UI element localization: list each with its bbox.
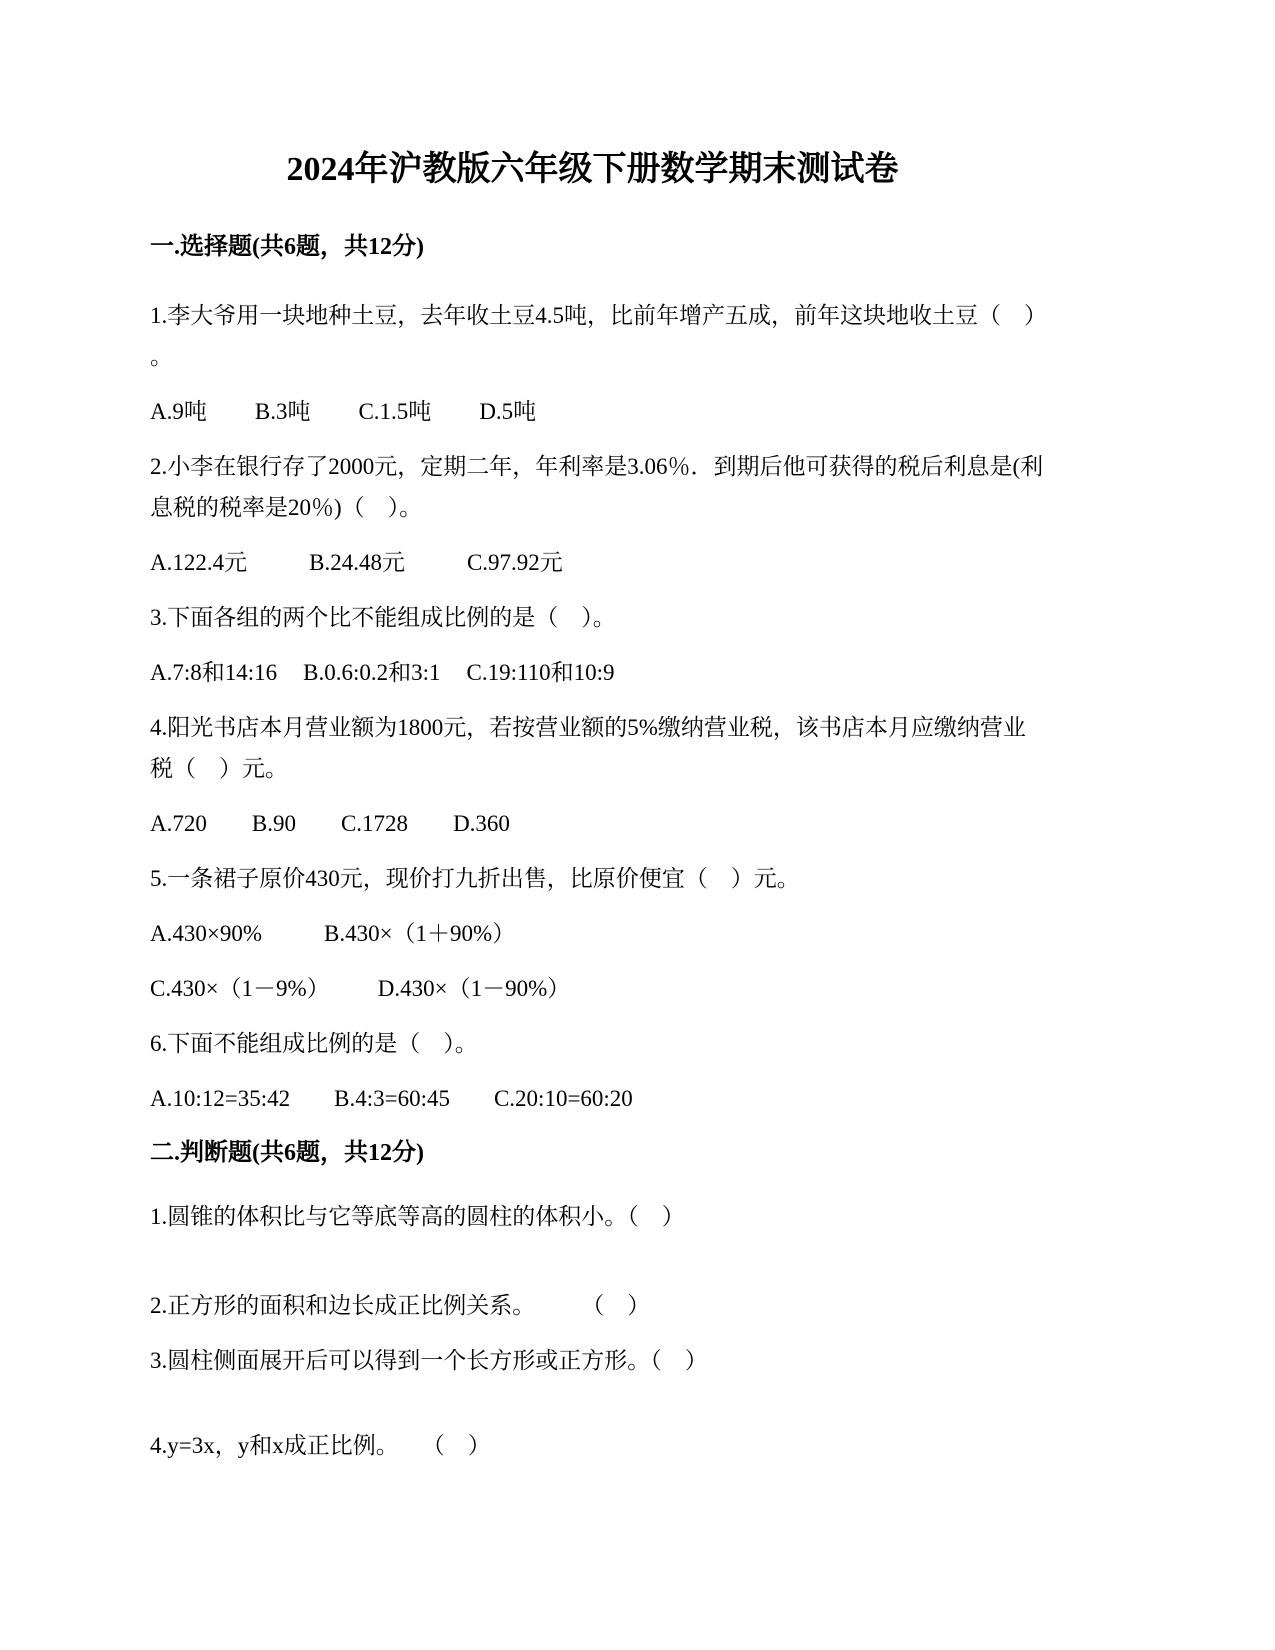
choice-question-3-options: A.7:8和14:16 B.0.6:0.2和3:1 C.19:110和10:9 <box>150 652 1125 693</box>
option-b: B.430×（1＋90%） <box>324 913 515 954</box>
section-2-heading: 二.判断题(共6题，共12分) <box>150 1133 1125 1174</box>
judge-question-3-statement: 3.圆柱侧面展开后可以得到一个长方形或正方形。（ ） <box>150 1340 1125 1381</box>
text-line: 6.下面不能组成比例的是（ ）。 <box>150 1023 1125 1064</box>
choice-question-1-options: A.9吨 B.3吨 C.1.5吨 D.5吨 <box>150 391 1125 432</box>
option-b: B.0.6:0.2和3:1 <box>303 652 440 693</box>
choice-question-5-options-row-2: C.430×（1－9%） D.430×（1－90%） <box>150 968 1125 1009</box>
choice-question-5-statement: 5.一条裙子原价430元，现价打九折出售，比原价便宜（ ）元。 <box>150 858 1125 899</box>
text-line: 税（ ）元。 <box>150 748 1125 789</box>
option-a: A.10:12=35:42 <box>150 1078 290 1119</box>
text-line: 5.一条裙子原价430元，现价打九折出售，比原价便宜（ ）元。 <box>150 858 1125 899</box>
option-a: A.9吨 <box>150 391 207 432</box>
option-c: C.19:110和10:9 <box>467 652 615 693</box>
option-a: A.7:8和14:16 <box>150 652 277 693</box>
choice-question-6-options: A.10:12=35:42 B.4:3=60:45 C.20:10=60:20 <box>150 1078 1125 1119</box>
judge-question-1-statement: 1.圆锥的体积比与它等底等高的圆柱的体积小。（ ） <box>150 1196 1125 1237</box>
text-line: 1.李大爷用一块地种土豆，去年收土豆4.5吨，比前年增产五成，前年这块地收土豆（… <box>150 295 1125 336</box>
text-line: 。 <box>150 336 1125 377</box>
exam-document-page: 2024年沪教版六年级下册数学期末测试卷 一.选择题(共6题，共12分) 1.李… <box>0 0 1275 1650</box>
text-line: 息税的税率是20％)（ ）。 <box>150 487 1125 528</box>
text-line: 4.y=3x，y和x成正比例。 （ ） <box>150 1425 1125 1466</box>
choice-question-2-options: A.122.4元 B.24.48元 C.97.92元 <box>150 542 1125 583</box>
section-1-heading: 一.选择题(共6题，共12分) <box>150 227 1125 268</box>
option-d: D.5吨 <box>479 391 536 432</box>
text-line: 3.圆柱侧面展开后可以得到一个长方形或正方形。（ ） <box>150 1340 1125 1381</box>
choice-question-5-options-row-1: A.430×90% B.430×（1＋90%） <box>150 913 1125 954</box>
option-b: B.24.48元 <box>309 542 405 583</box>
option-c: C.430×（1－9%） <box>150 968 330 1009</box>
page-title: 2024年沪教版六年级下册数学期末测试卷 <box>150 150 1125 190</box>
option-c: C.1.5吨 <box>358 391 431 432</box>
judge-question-2-statement: 2.正方形的面积和边长成正比例关系。 （ ） <box>150 1285 1125 1326</box>
option-d: D.430×（1－90%） <box>378 968 571 1009</box>
choice-question-4-options: A.720 B.90 C.1728 D.360 <box>150 803 1125 844</box>
option-c: C.97.92元 <box>467 542 563 583</box>
text-line: 1.圆锥的体积比与它等底等高的圆柱的体积小。（ ） <box>150 1196 1125 1237</box>
option-b: B.3吨 <box>255 391 311 432</box>
option-d: D.360 <box>453 803 510 844</box>
option-a: A.720 <box>150 803 207 844</box>
text-line: 2.正方形的面积和边长成正比例关系。 （ ） <box>150 1285 1125 1326</box>
option-c: C.20:10=60:20 <box>494 1078 633 1119</box>
choice-question-4-statement: 4.阳光书店本月营业额为1800元，若按营业额的5%缴纳营业税，该书店本月应缴纳… <box>150 707 1125 789</box>
exam-content: 2024年沪教版六年级下册数学期末测试卷 一.选择题(共6题，共12分) 1.李… <box>150 150 1125 1480</box>
option-a: A.430×90% <box>150 913 262 954</box>
choice-question-3-statement: 3.下面各组的两个比不能组成比例的是（ ）。 <box>150 597 1125 638</box>
judge-question-4-statement: 4.y=3x，y和x成正比例。 （ ） <box>150 1425 1125 1466</box>
option-b: B.90 <box>252 803 296 844</box>
option-c: C.1728 <box>341 803 408 844</box>
option-a: A.122.4元 <box>150 542 247 583</box>
choice-question-6-statement: 6.下面不能组成比例的是（ ）。 <box>150 1023 1125 1064</box>
choice-question-1-statement: 1.李大爷用一块地种土豆，去年收土豆4.5吨，比前年增产五成，前年这块地收土豆（… <box>150 295 1125 377</box>
text-line: 3.下面各组的两个比不能组成比例的是（ ）。 <box>150 597 1125 638</box>
choice-question-2-statement: 2.小李在银行存了2000元，定期二年，年利率是3.06％．到期后他可获得的税后… <box>150 446 1125 528</box>
text-line: 4.阳光书店本月营业额为1800元，若按营业额的5%缴纳营业税，该书店本月应缴纳… <box>150 707 1125 748</box>
option-b: B.4:3=60:45 <box>334 1078 450 1119</box>
text-line: 2.小李在银行存了2000元，定期二年，年利率是3.06％．到期后他可获得的税后… <box>150 446 1125 487</box>
